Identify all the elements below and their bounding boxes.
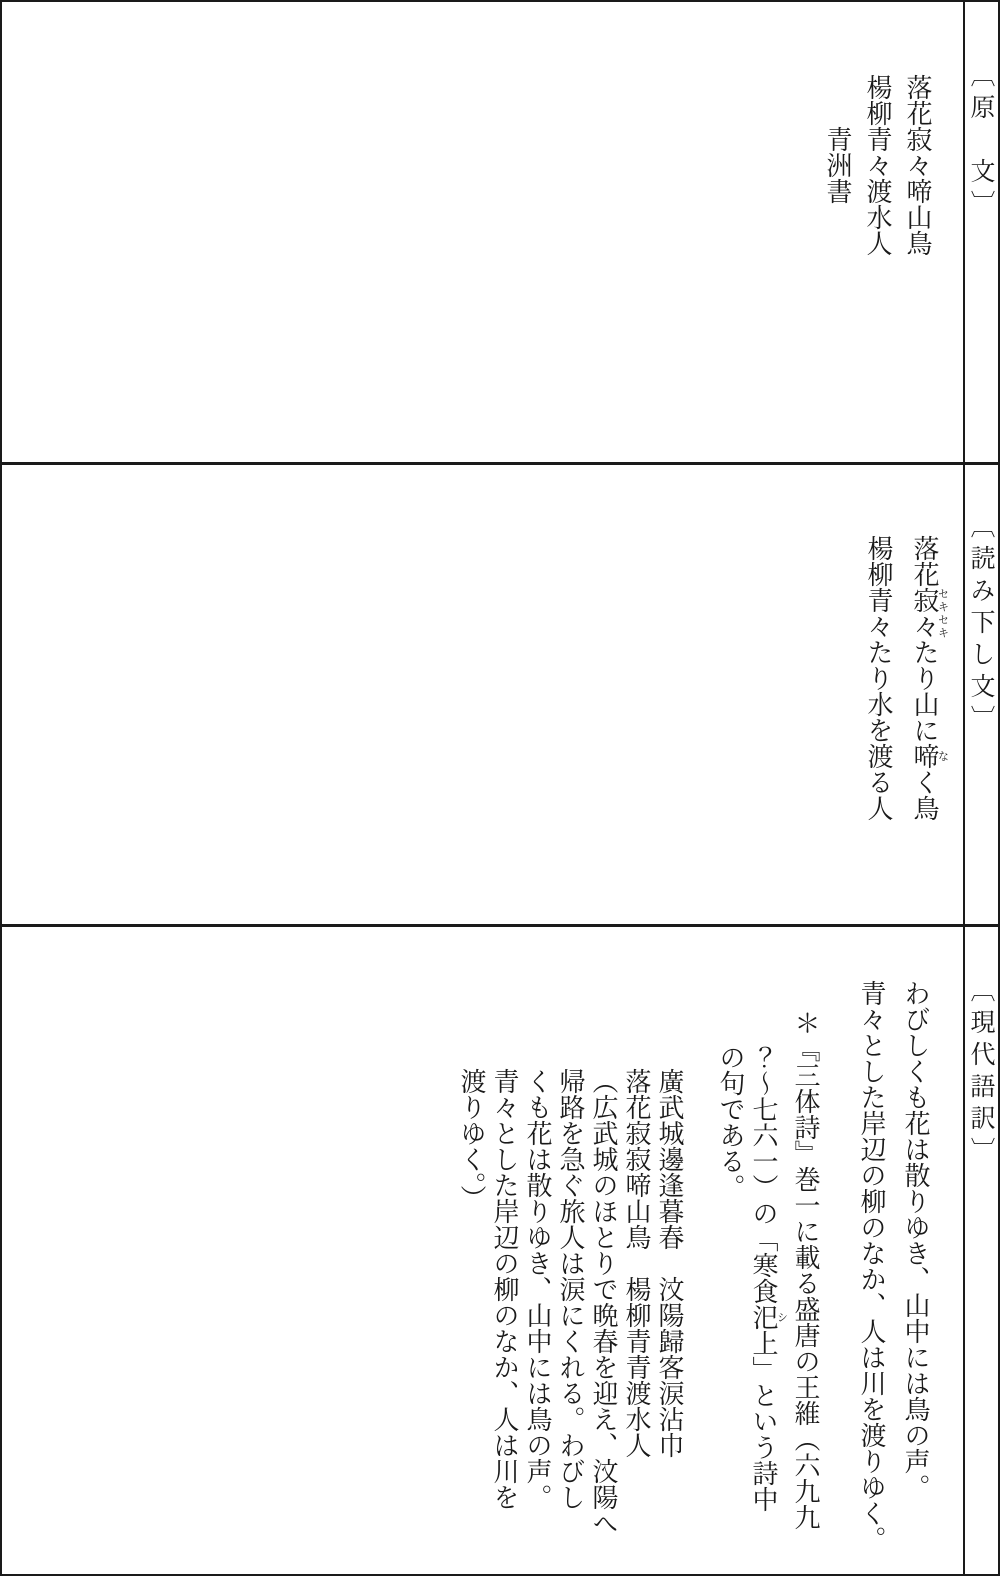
- gendaigoyaku-content: わびしくも花は散りゆき、山中には鳥の声。 青々とした岸辺の柳のなか、人は川を渡り…: [2, 927, 963, 1574]
- poem-line-1: 廣武城邊逢暮春 汶陽歸客涙沾巾: [652, 980, 685, 1574]
- section-yomikudashi: 落花寂々セキセキたり山に啼なく鳥 楊柳青々たり水を渡る人 〔読み下し文〕: [2, 465, 998, 927]
- section-header-genbun: 〔原 文〕: [965, 2, 998, 462]
- genbun-header-rail: 〔原 文〕: [963, 2, 998, 462]
- text-run: 落花: [909, 535, 939, 587]
- yomikudashi-line-2: 楊柳青々たり水を渡る人: [855, 535, 901, 924]
- poem-translation-line-2: 帰路を急ぐ旅人は涙にくれる。わびし: [553, 980, 586, 1574]
- furigana: な: [937, 743, 950, 769]
- ruby-base: 啼: [909, 743, 939, 769]
- document-page: 落花寂々啼山鳥 楊柳青々渡水人 青洲書 〔原 文〕 落花寂々セキセキたり山に啼な…: [0, 0, 1000, 1576]
- note-line-1: ＊『三体詩』巻一に載る盛唐の王維（六九九: [788, 980, 821, 1574]
- section-header-yomikudashi: 〔読み下し文〕: [965, 465, 998, 924]
- yomikudashi-header-rail: 〔読み下し文〕: [963, 465, 998, 924]
- section-header-gendaigoyaku: 〔現代語訳〕: [965, 927, 998, 1574]
- section-gendaigoyaku: わびしくも花は散りゆき、山中には鳥の声。 青々とした岸辺の柳のなか、人は川を渡り…: [2, 927, 998, 1574]
- genbun-signature: 青洲書: [817, 74, 857, 462]
- text-run: く鳥: [909, 769, 939, 821]
- furigana: シ: [776, 1304, 789, 1330]
- poem-translation-line-4: 青々とした岸辺の柳のなか、人は川を: [487, 980, 520, 1574]
- ruby-shi: 汜シ: [748, 1304, 778, 1330]
- note-line-3: の句である。: [713, 980, 746, 1574]
- text-run: たり山に: [909, 639, 939, 743]
- section-genbun: 落花寂々啼山鳥 楊柳青々渡水人 青洲書 〔原 文〕: [2, 2, 998, 465]
- genbun-line-2: 楊柳青々渡水人: [857, 74, 897, 462]
- ruby-na: 啼な: [909, 743, 939, 769]
- ruby-base: 汜: [748, 1304, 778, 1330]
- translation-line-1: わびしくも花は散りゆき、山中には鳥の声。: [893, 980, 937, 1574]
- poem-translation-line-5: 渡りゆく。）: [454, 980, 487, 1574]
- ruby-base: 寂々: [909, 587, 939, 639]
- text-run: ？〜七六一）の「寒食: [748, 1044, 778, 1304]
- translation-line-2: 青々とした岸辺の柳のなか、人は川を渡りゆく。: [849, 980, 893, 1574]
- ruby-sekiseki: 寂々セキセキ: [909, 587, 939, 639]
- genbun-line-1: 落花寂々啼山鳥: [897, 74, 937, 462]
- yomikudashi-content: 落花寂々セキセキたり山に啼なく鳥 楊柳青々たり水を渡る人: [2, 465, 963, 924]
- poem-translation-line-1: （広武城のほとりで晩春を迎え、汶陽へ: [586, 980, 619, 1574]
- yomikudashi-line-1: 落花寂々セキセキたり山に啼なく鳥: [901, 535, 949, 924]
- note-line-2: ？〜七六一）の「寒食汜シ上」という詩中: [746, 980, 788, 1574]
- furigana: セキセキ: [937, 587, 950, 639]
- text-run: 上」という詩中: [748, 1330, 778, 1512]
- poem-translation-line-3: くも花は散りゆき、山中には鳥の声。: [520, 980, 553, 1574]
- genbun-content: 落花寂々啼山鳥 楊柳青々渡水人 青洲書: [2, 2, 963, 462]
- poem-line-2: 落花寂寂啼山鳥 楊柳青青渡水人: [619, 980, 652, 1574]
- gendaigoyaku-header-rail: 〔現代語訳〕: [963, 927, 998, 1574]
